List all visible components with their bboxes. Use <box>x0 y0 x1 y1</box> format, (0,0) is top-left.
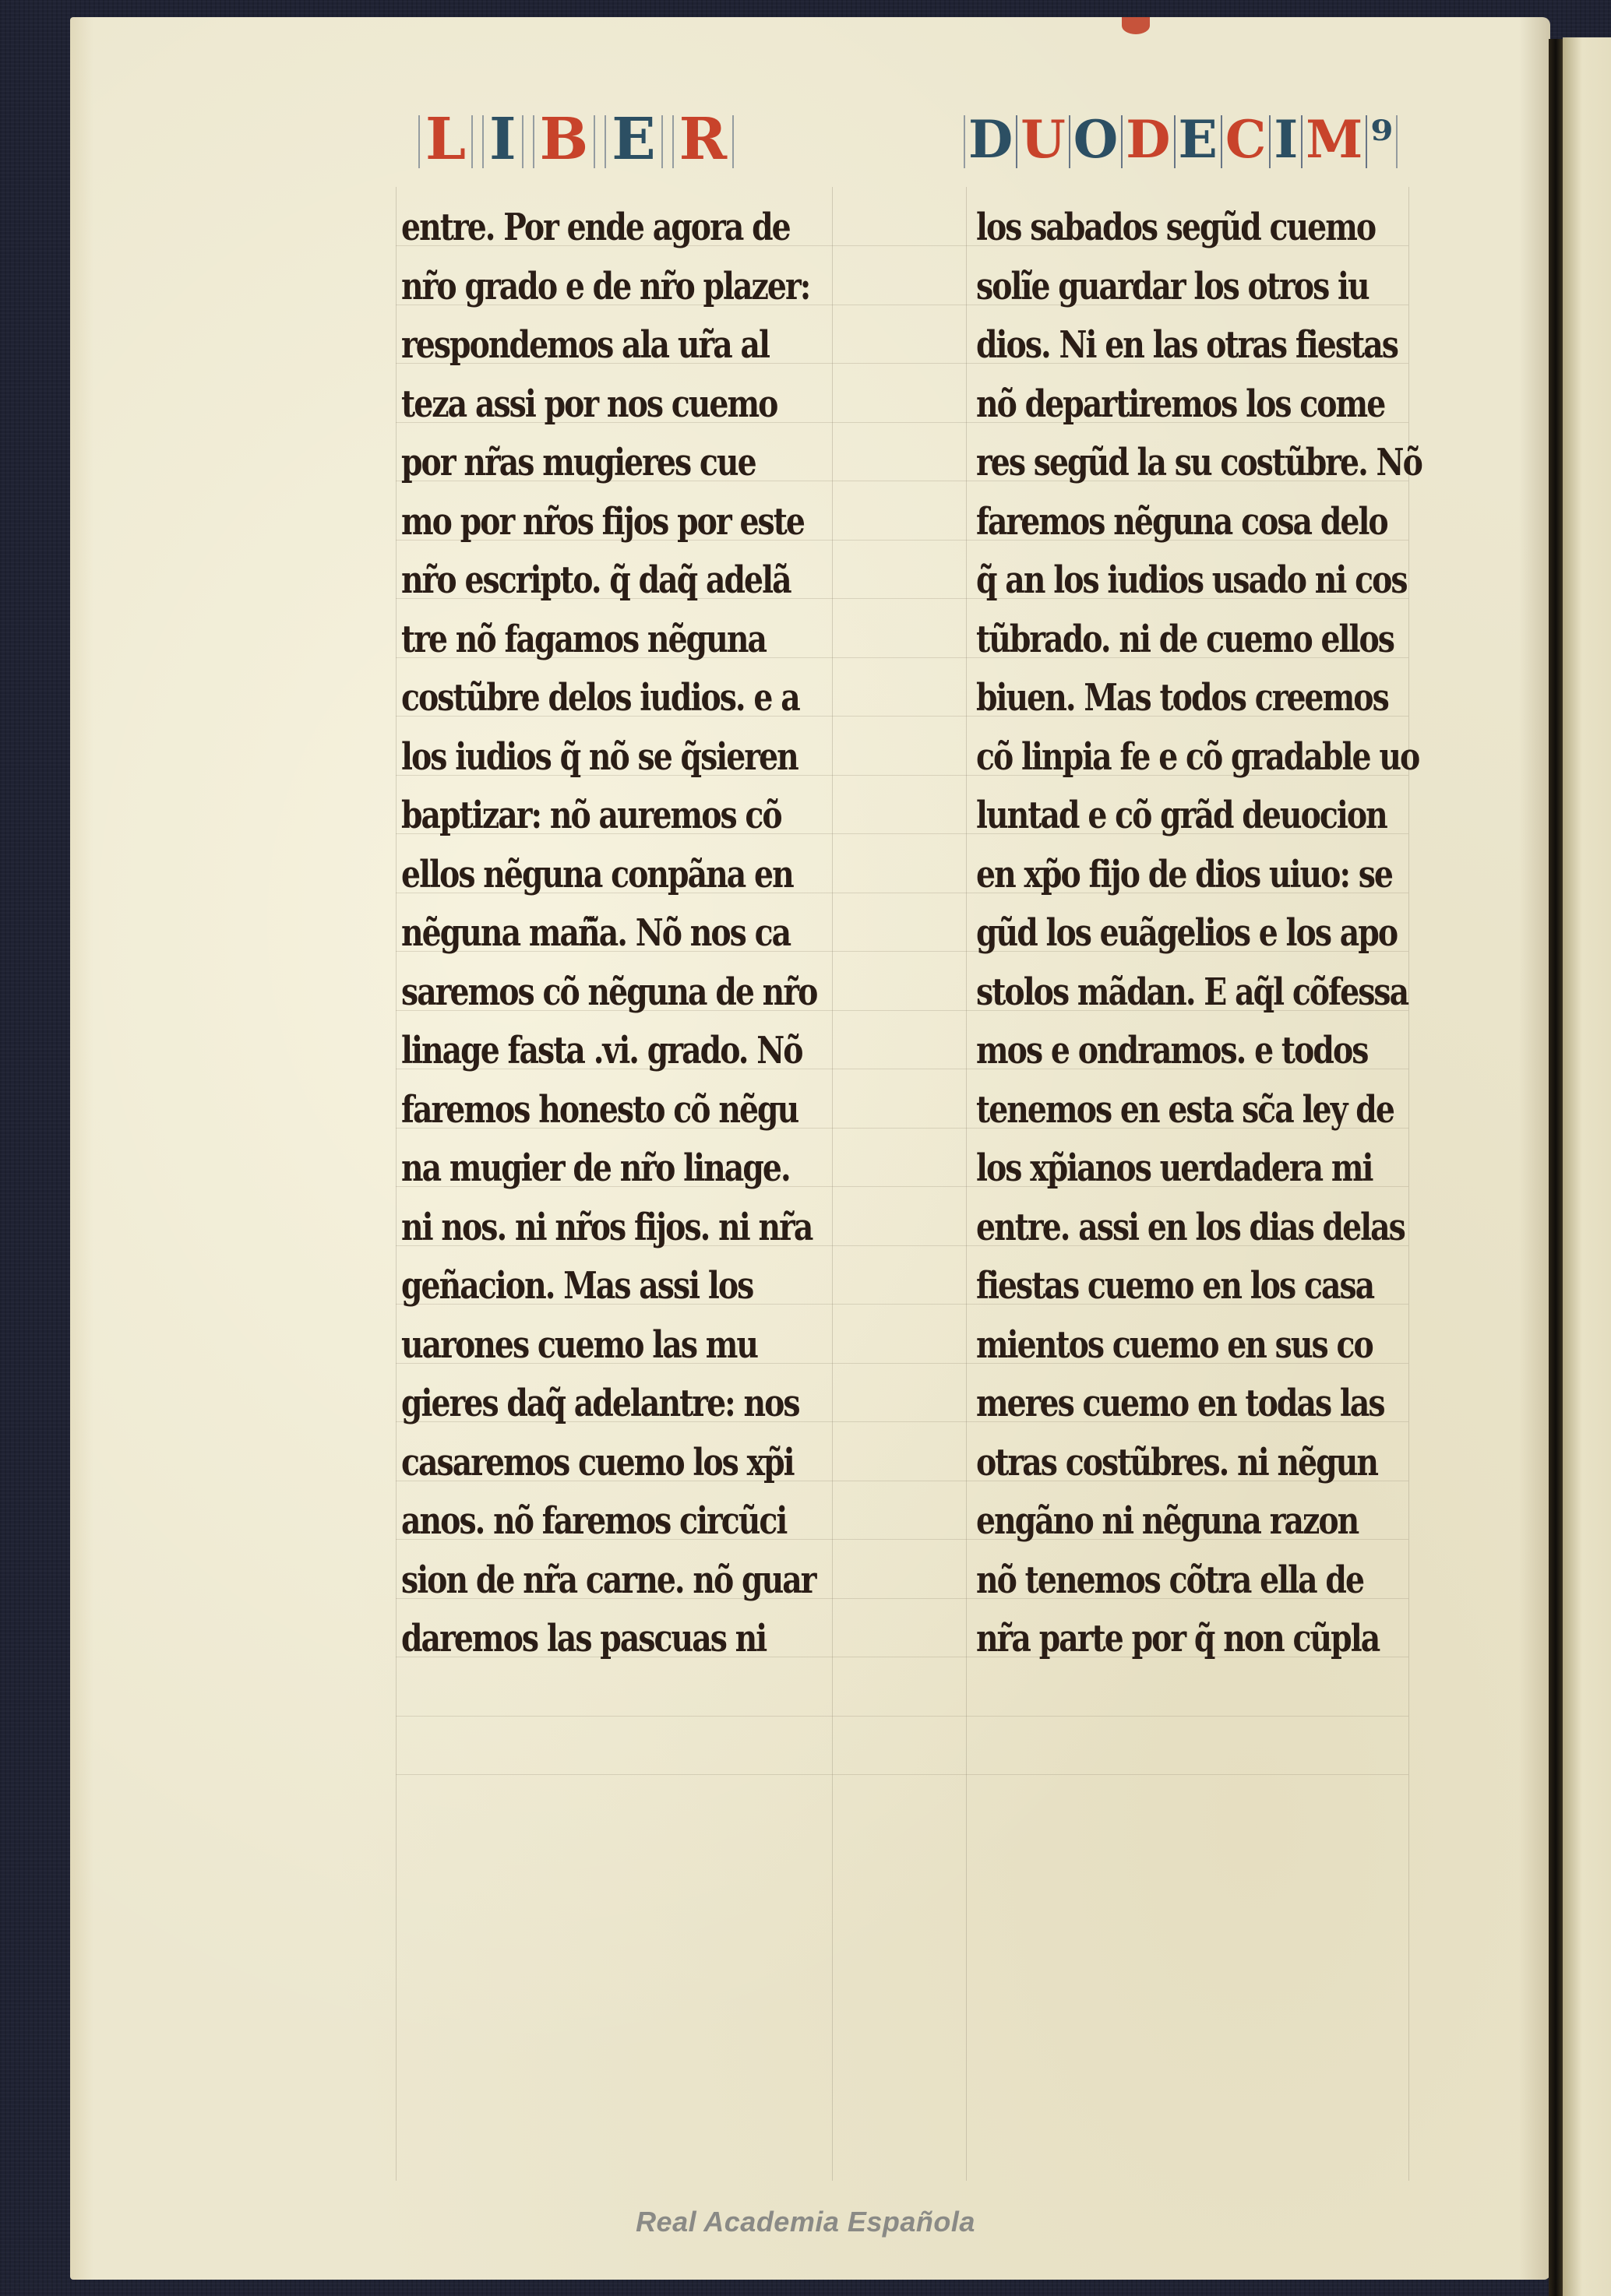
text-column-left: entre. Por ende agora denr̃o grado e de … <box>401 199 869 1669</box>
initial-letter: D <box>966 111 1015 168</box>
text-line: nr̃o grado e de nr̃o plazer: <box>401 258 784 317</box>
text-line: faremos honesto cõ nẽgu <box>401 1081 784 1140</box>
text-line: ellos nẽguna conpãna en <box>401 846 784 905</box>
text-line: solĩe guardar los otros iu <box>976 258 1372 317</box>
text-line: cõ linpia fe e cõ gradable uo <box>976 728 1372 787</box>
text-line: nẽguna mañ̃a. Nõ nos ca <box>401 904 784 963</box>
initial-letter: B <box>535 111 594 168</box>
text-line: saremos cõ nẽguna de nr̃o <box>401 963 784 1023</box>
text-line: mo por nr̃os fijos por este <box>401 493 784 552</box>
text-line: tũbrado. ni de cuemo ellos <box>976 611 1372 670</box>
text-line: entre. Por ende agora de <box>401 199 784 258</box>
text-line: engãno ni nẽguna razon <box>976 1492 1372 1551</box>
text-line: mientos cuemo en sus co <box>976 1316 1372 1375</box>
text-line: teza assi por nos cuemo <box>401 375 784 435</box>
text-line: geñacion. Mas assi los <box>401 1257 784 1316</box>
initial-letter: O <box>1071 111 1121 168</box>
initial-letter: C <box>1223 111 1269 168</box>
ruling-line-horizontal <box>396 1774 1408 1775</box>
initial-letter: E <box>1176 111 1220 168</box>
initial-letter: D <box>1123 111 1172 168</box>
text-line: baptizar: nõ auremos cõ <box>401 787 784 846</box>
running-header-duodecimus: DUODECIM⁹ <box>966 106 1395 168</box>
text-line: res segũd la su costũbre. Nõ <box>976 434 1372 493</box>
text-line: gieres daq̃ adelantre: nos <box>401 1375 784 1434</box>
text-line: anos. nõ faremos circũci <box>401 1492 784 1551</box>
initial-letter: ⁹ <box>1368 111 1395 168</box>
text-line: sion de nr̃a carne. nõ guar <box>401 1551 784 1611</box>
initial-letter: E <box>607 111 660 168</box>
red-ink-mark <box>1122 17 1150 34</box>
ruling-line-vertical <box>396 187 397 2181</box>
text-line: los xp̃ianos uerdadera mi <box>976 1139 1372 1199</box>
text-line: tenemos en esta sc̃a ley de <box>976 1081 1372 1140</box>
text-line: nr̃a parte por q̃ non cũpla <box>976 1610 1372 1669</box>
text-line: nõ departiremos los come <box>976 375 1372 435</box>
initial-letter: R <box>675 111 732 168</box>
text-line: costũbre delos iudios. e a <box>401 669 784 728</box>
text-column-right: los sabados segũd cuemosolĩe guardar los… <box>976 199 1459 1669</box>
text-line: mos e ondramos. e todos <box>976 1022 1372 1081</box>
text-line: nr̃o escripto. q̃ daq̃ adelã <box>401 551 784 611</box>
text-line: uarones cuemo las mu <box>401 1316 784 1375</box>
text-line: biuen. Mas todos creemos <box>976 669 1372 728</box>
running-header-liber: LIBER <box>421 106 731 168</box>
text-line: tre nõ fagamos nẽguna <box>401 611 784 670</box>
initial-letter: U <box>1018 111 1068 168</box>
text-line: daremos las pascuas ni <box>401 1610 784 1669</box>
text-line: luntad e cõ grãd deuocion <box>976 787 1372 846</box>
ruling-line-vertical <box>966 187 967 2181</box>
text-line: dios. Ni en las otras fiestas <box>976 316 1372 375</box>
facing-page-edge <box>1563 37 1611 2296</box>
text-line: los sabados segũd cuemo <box>976 199 1372 258</box>
text-line: q̃ an los iudios usado ni cos <box>976 551 1372 611</box>
text-line: ni nos. ni nr̃os fijos. ni nr̃a <box>401 1199 784 1258</box>
ruling-line-horizontal <box>396 1716 1408 1717</box>
text-line: stolos mãdan. E aq̃l cõfessa <box>976 963 1372 1023</box>
text-line: en xp̃o fijo de dios uiuo: se <box>976 846 1372 905</box>
initial-letter: I <box>1271 111 1300 168</box>
text-line: gũd los euãgelios e los apo <box>976 904 1372 963</box>
text-line: respondemos ala ur̃a al <box>401 316 784 375</box>
initial-letter: I <box>485 111 521 168</box>
text-line: fiestas cuemo en los casa <box>976 1257 1372 1316</box>
text-line: otras costũbres. ni nẽgun <box>976 1434 1372 1493</box>
text-line: meres cuemo en todas las <box>976 1375 1372 1434</box>
text-line: los iudios q̃ nõ se q̃sieren <box>401 728 784 787</box>
text-line: na mugier de nr̃o linage. <box>401 1139 784 1199</box>
text-line: nõ tenemos cõtra ella de <box>976 1551 1372 1611</box>
initial-letter: L <box>421 111 471 168</box>
book-gutter <box>1549 39 1563 2296</box>
text-line: por nr̃as mugieres cue <box>401 434 784 493</box>
initial-letter: M <box>1303 111 1365 168</box>
text-line: faremos nẽguna cosa delo <box>976 493 1372 552</box>
text-line: linage fasta .vi. grado. Nõ <box>401 1022 784 1081</box>
watermark-real-academia: Real Academia Española <box>0 2206 1611 2238</box>
text-line: casaremos cuemo los xp̃i <box>401 1434 784 1493</box>
text-line: entre. assi en los dias delas <box>976 1199 1372 1258</box>
